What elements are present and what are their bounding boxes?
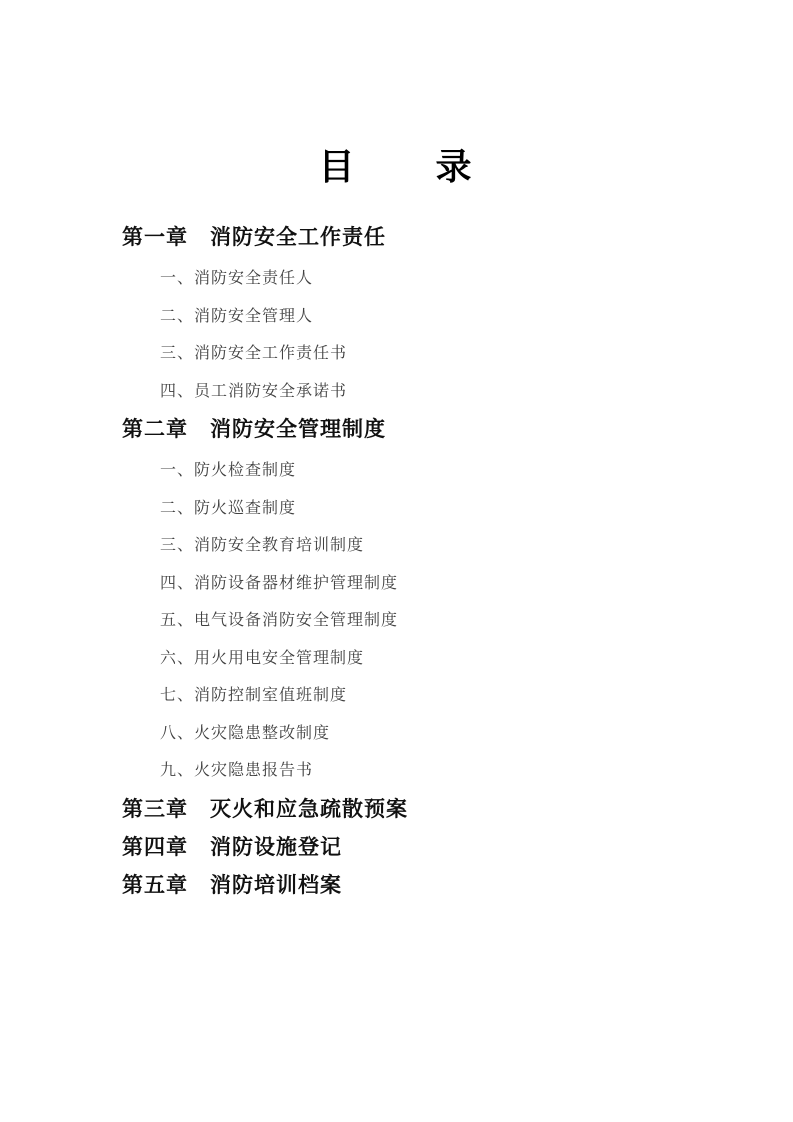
document-page: 目 录 第一章 消防安全工作责任 一、消防安全责任人 二、消防安全管理人 三、消… (0, 0, 793, 1122)
chapter-section-1: 第一章 消防安全工作责任 一、消防安全责任人 二、消防安全管理人 三、消防安全工… (0, 218, 793, 410)
toc-title: 目 录 (0, 142, 793, 192)
chapter-2-heading: 第二章 消防安全管理制度 (122, 410, 793, 448)
chapter-4-heading: 第四章 消防设施登记 (122, 828, 793, 866)
chapter-1-items: 一、消防安全责任人 二、消防安全管理人 三、消防安全工作责任书 四、员工消防安全… (0, 260, 793, 410)
chapter-section-4: 第四章 消防设施登记 (0, 828, 793, 866)
chapter-3-heading: 第三章 灭火和应急疏散预案 (122, 790, 793, 828)
toc-item: 六、用火用电安全管理制度 (160, 640, 793, 678)
toc-item: 三、消防安全教育培训制度 (160, 527, 793, 565)
toc-item: 五、电气设备消防安全管理制度 (160, 602, 793, 640)
toc-item: 二、防火巡查制度 (160, 490, 793, 528)
toc-item: 三、消防安全工作责任书 (160, 335, 793, 373)
chapter-section-5: 第五章 消防培训档案 (0, 866, 793, 904)
toc-item: 七、消防控制室值班制度 (160, 677, 793, 715)
toc-item: 四、员工消防安全承诺书 (160, 373, 793, 411)
chapter-section-3: 第三章 灭火和应急疏散预案 (0, 790, 793, 828)
chapter-1-heading: 第一章 消防安全工作责任 (122, 218, 793, 256)
toc-item: 一、消防安全责任人 (160, 260, 793, 298)
chapter-5-heading: 第五章 消防培训档案 (122, 866, 793, 904)
chapter-section-2: 第二章 消防安全管理制度 一、防火检查制度 二、防火巡查制度 三、消防安全教育培… (0, 410, 793, 790)
toc-item: 八、火灾隐患整改制度 (160, 715, 793, 753)
toc-item: 九、火灾隐患报告书 (160, 752, 793, 790)
toc-item: 一、防火检查制度 (160, 452, 793, 490)
toc-item: 二、消防安全管理人 (160, 298, 793, 336)
chapter-2-items: 一、防火检查制度 二、防火巡查制度 三、消防安全教育培训制度 四、消防设备器材维… (0, 452, 793, 790)
toc-item: 四、消防设备器材维护管理制度 (160, 565, 793, 603)
